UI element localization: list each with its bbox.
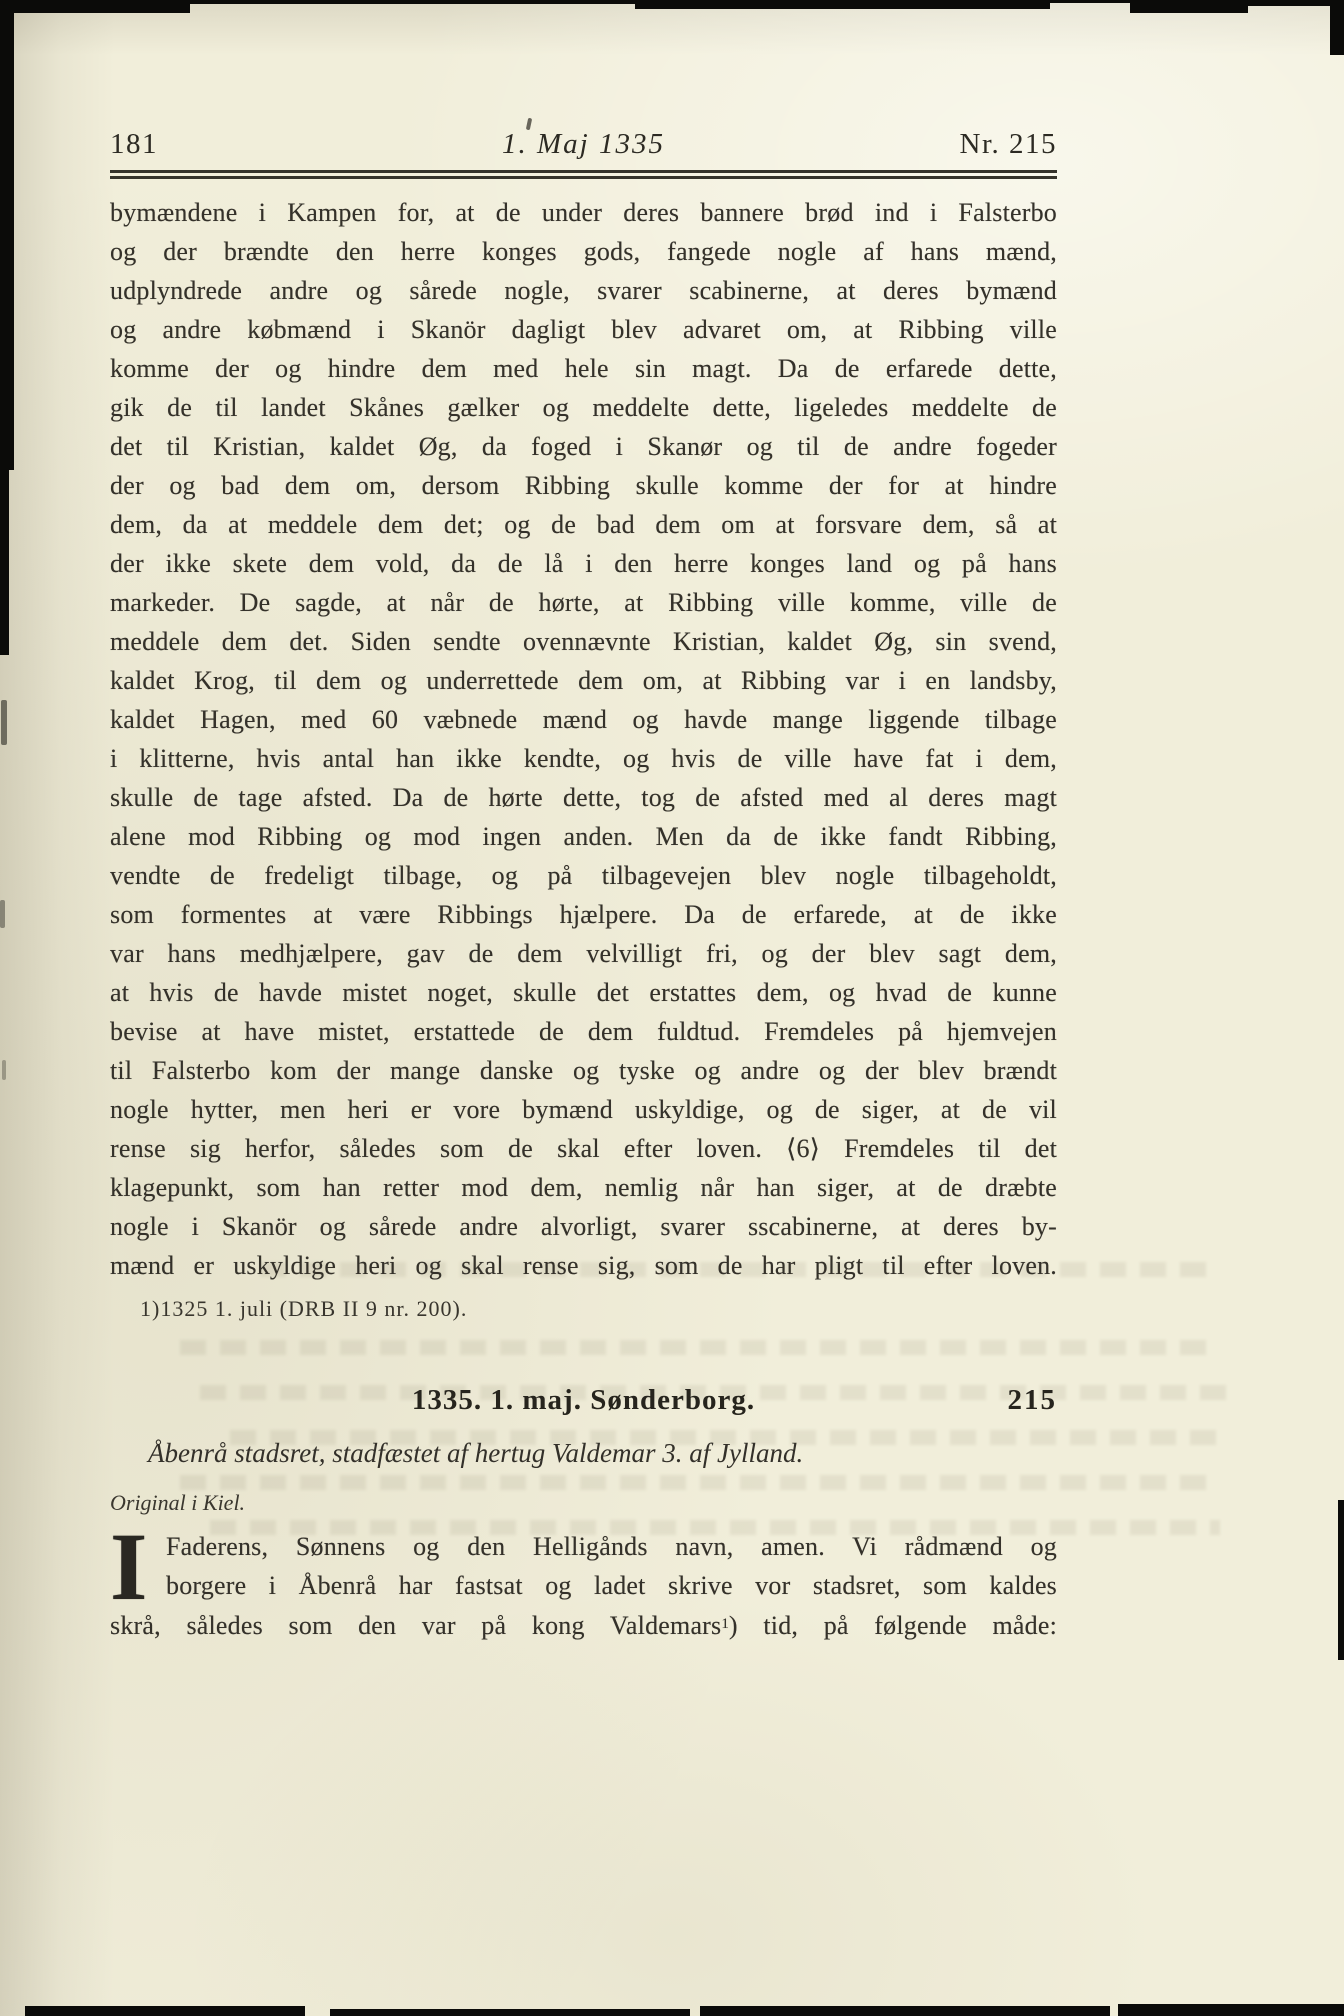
- scan-speck: [2, 1060, 6, 1080]
- footnote-marker: 1: [721, 1616, 729, 1632]
- scan-edge-bottom: [700, 2006, 1110, 2016]
- text-line: og der brændte den herre konges gods, fa…: [110, 232, 1057, 271]
- scan-speck: [1, 700, 7, 745]
- running-head-date: 1. Maj 1335: [502, 128, 665, 161]
- scan-edge-left: [0, 455, 9, 655]
- text-line: skrå, således som den var på kong Valdem…: [110, 1605, 1057, 1644]
- document-regest: Åbenrå stadsret, stadfæstet af hertug Va…: [110, 1438, 1095, 1469]
- text-line: alene mod Ribbing og mod ingen anden. Me…: [110, 817, 1057, 856]
- scan-edge-top: [1243, 0, 1344, 6]
- bleedthrough-line: [180, 1475, 1220, 1490]
- text-segment: skrå, således som den var på kong Valdem…: [110, 1611, 721, 1640]
- bleedthrough-line: [180, 1340, 1220, 1355]
- scan-edge-right: [1330, 0, 1344, 55]
- scan-edge-bottom: [330, 2009, 690, 2016]
- scan-edge-bottom: [25, 2006, 305, 2016]
- text-line: bevise at have mistet, erstattede de dem…: [110, 1012, 1057, 1051]
- text-line: i klitterne, hvis antal han ikke kendte,…: [110, 739, 1057, 778]
- footnote: 1)1325 1. juli (DRB II 9 nr. 200).: [110, 1296, 1087, 1322]
- scan-edge-top: [1130, 0, 1248, 13]
- text-line: markeder. De sagde, at når de hørte, at …: [110, 583, 1057, 622]
- text-line: klagepunkt, som han retter mod dem, neml…: [110, 1168, 1057, 1207]
- document-heading: 1335. 1. maj. Sønderborg. 215: [110, 1384, 1057, 1417]
- scan-edge-top: [1045, 0, 1135, 3]
- text-line: mænd er uskyldige heri og skal rense sig…: [110, 1246, 1057, 1285]
- scan-edge-top: [185, 0, 640, 4]
- scan-edge-top: [0, 0, 190, 13]
- document-provenance: Original i Kiel.: [110, 1490, 1057, 1516]
- text-line: udplyndrede andre og sårede nogle, svare…: [110, 271, 1057, 310]
- text-line: at hvis de havde mistet noget, skulle de…: [110, 973, 1057, 1012]
- text-line: kaldet Hagen, med 60 væbnede mænd og hav…: [110, 700, 1057, 739]
- scanned-book-page: 181 1. Maj 1335 Nr. 215 bymændene i Kamp…: [0, 0, 1344, 2016]
- document-opening-paragraph: Faderens, Sønnens og den Helligånds navn…: [110, 1527, 1057, 1644]
- text-line: det til Kristian, kaldet Øg, da foged i …: [110, 427, 1057, 466]
- text-line: og andre købmænd i Skanör dagligt blev a…: [110, 310, 1057, 349]
- text-line: som formentes at være Ribbings hjælpere.…: [110, 895, 1057, 934]
- running-head: 181 1. Maj 1335 Nr. 215: [110, 128, 1057, 161]
- page-number: 181: [110, 128, 502, 161]
- text-line: komme der og hindre dem med hele sin mag…: [110, 349, 1057, 388]
- text-segment: ) tid, på følgende måde:: [729, 1611, 1057, 1640]
- text-line: rense sig herfor, således som de skal ef…: [110, 1129, 1057, 1168]
- text-line: meddele dem det. Siden sendte ovennævnte…: [110, 622, 1057, 661]
- text-line: gik de til landet Skånes gælker og medde…: [110, 388, 1057, 427]
- text-line: nogle hytter, men heri er vore bymænd us…: [110, 1090, 1057, 1129]
- text-line: Faderens, Sønnens og den Helligånds navn…: [110, 1527, 1057, 1566]
- scan-edge-left: [0, 0, 14, 470]
- running-head-doc-number: Nr. 215: [665, 128, 1057, 161]
- scan-edge-bottom: [1118, 2004, 1344, 2016]
- text-line: nogle i Skanör og sårede andre alvorligt…: [110, 1207, 1057, 1246]
- text-line: der ikke skete dem vold, da de lå i den …: [110, 544, 1057, 583]
- text-line: kaldet Krog, til dem og underrettede dem…: [110, 661, 1057, 700]
- text-line: var hans medhjælpere, gav de dem velvill…: [110, 934, 1057, 973]
- scan-edge-top: [635, 0, 1050, 9]
- text-line: vendte de fredeligt tilbage, og på tilba…: [110, 856, 1057, 895]
- document-text: bymændene i Kampen for, at de under dere…: [110, 193, 1057, 1285]
- text-line: der og bad dem om, dersom Ribbing skulle…: [110, 466, 1057, 505]
- scan-edge-right: [1338, 1500, 1344, 1660]
- text-line: til Falsterbo kom der mange danske og ty…: [110, 1051, 1057, 1090]
- text-line: bymændene i Kampen for, at de under dere…: [110, 193, 1057, 232]
- header-rule: [110, 170, 1057, 179]
- text-line: borgere i Åbenrå har fastsat og ladet sk…: [110, 1566, 1057, 1605]
- text-line: skulle de tage afsted. Da de hørte dette…: [110, 778, 1057, 817]
- paragraph-lines: Faderens, Sønnens og den Helligånds navn…: [110, 1527, 1057, 1605]
- text-line: dem, da at meddele dem det; og de bad de…: [110, 505, 1057, 544]
- document-heading-number: 215: [1008, 1384, 1058, 1417]
- document-heading-title: 1335. 1. maj. Sønderborg.: [110, 1384, 1057, 1417]
- scan-speck: [0, 900, 5, 928]
